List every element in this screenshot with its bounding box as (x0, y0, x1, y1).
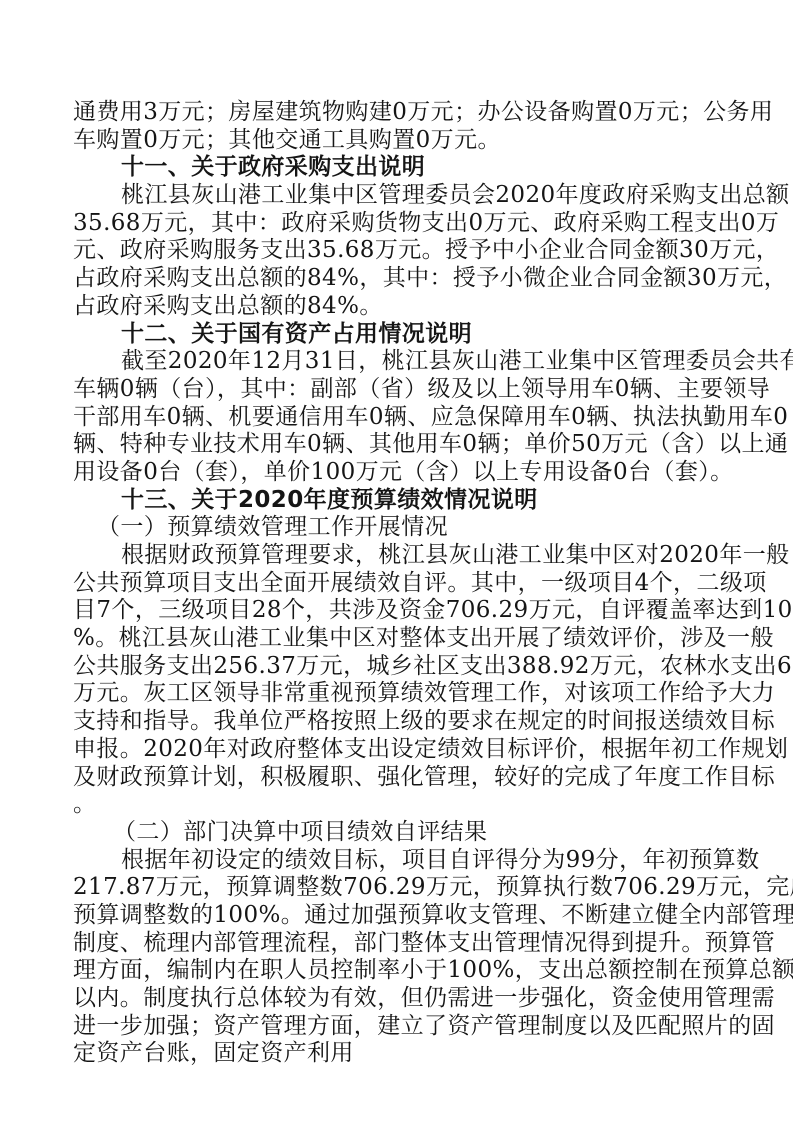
body-line: 以内。制度执行总体较为有效，但仍需进一步强化，资金使用管理需 (73, 985, 733, 1013)
body-line: 35.68万元，其中：政府采购货物支出0万元、政府采购工程支出0万 (73, 210, 733, 238)
subsection-heading-1: （一）预算绩效管理工作开展情况 (73, 514, 733, 542)
section-heading-11: 十一、关于政府采购支出说明 (73, 154, 733, 182)
body-line: 制度、梳理内部管理流程，部门整体支出管理情况得到提升。预算管 (73, 930, 733, 958)
body-line: 车购置0万元；其他交通工具购置0万元。 (73, 127, 733, 155)
body-line: 支持和指导。我单位严格按照上级的要求在规定的时间报送绩效目标 (73, 708, 733, 736)
body-line: 预算调整数的100%。通过加强预算收支管理、不断建立健全内部管理 (73, 902, 733, 930)
body-line: %。桃江县灰山港工业集中区对整体支出开展了绩效评价，涉及一般 (73, 625, 733, 653)
body-line: 车辆0辆（台），其中：副部（省）级及以上领导用车0辆、主要领导 (73, 376, 733, 404)
body-line: 。 (73, 791, 733, 819)
body-line: 公共预算项目支出全面开展绩效自评。其中，一级项目4个，二级项 (73, 570, 733, 598)
body-line: 目7个，三级项目28个，共涉及资金706.29万元，自评覆盖率达到100 (73, 597, 733, 625)
body-line: 占政府采购支出总额的84%，其中：授予小微企业合同金额30万元， (73, 265, 733, 293)
paragraph-start: 桃江县灰山港工业集中区管理委员会2020年度政府采购支出总额 (73, 182, 733, 210)
body-line: 公共服务支出256.37万元，城乡社区支出388.92万元，农林水支出61 (73, 653, 733, 681)
body-line: 定资产台账，固定资产利用 (73, 1040, 733, 1068)
body-line: 及财政预算计划，积极履职、强化管理，较好的完成了年度工作目标 (73, 764, 733, 792)
body-line: 占政府采购支出总额的84%。 (73, 293, 733, 321)
body-line: 干部用车0辆、机要通信用车0辆、应急保障用车0辆、执法执勤用车0 (73, 404, 733, 432)
paragraph-start: 截至2020年12月31日，桃江县灰山港工业集中区管理委员会共有 (73, 348, 733, 376)
section-heading-13: 十三、关于2020年度预算绩效情况说明 (73, 487, 733, 515)
document-page: 通费用3万元；房屋建筑物购建0万元；办公设备购置0万元；公务用 车购置0万元；其… (73, 99, 733, 1068)
body-line: 万元。灰工区领导非常重视预算绩效管理工作，对该项工作给予大力 (73, 680, 733, 708)
body-line: 元、政府采购服务支出35.68万元。授予中小企业合同金额30万元， (73, 237, 733, 265)
body-line: 进一步加强；资产管理方面，建立了资产管理制度以及匹配照片的固 (73, 1013, 733, 1041)
body-line: 辆、特种专业技术用车0辆、其他用车0辆；单价50万元（含）以上通 (73, 431, 733, 459)
subsection-heading-2: （二）部门决算中项目绩效自评结果 (73, 819, 733, 847)
body-line: 理方面，编制内在职人员控制率小于100%，支出总额控制在预算总额 (73, 957, 733, 985)
section-heading-12: 十二、关于国有资产占用情况说明 (73, 321, 733, 349)
body-line: 用设备0台（套），单价100万元（含）以上专用设备0台（套）。 (73, 459, 733, 487)
paragraph-start: 根据财政预算管理要求，桃江县灰山港工业集中区对2020年一般 (73, 542, 733, 570)
body-line: 217.87万元，预算调整数706.29万元，预算执行数706.29万元，完成 (73, 874, 733, 902)
body-line: 申报。2020年对政府整体支出设定绩效目标评价，根据年初工作规划 (73, 736, 733, 764)
paragraph-start: 根据年初设定的绩效目标，项目自评得分为99分，年初预算数 (73, 847, 733, 875)
body-line: 通费用3万元；房屋建筑物购建0万元；办公设备购置0万元；公务用 (73, 99, 733, 127)
